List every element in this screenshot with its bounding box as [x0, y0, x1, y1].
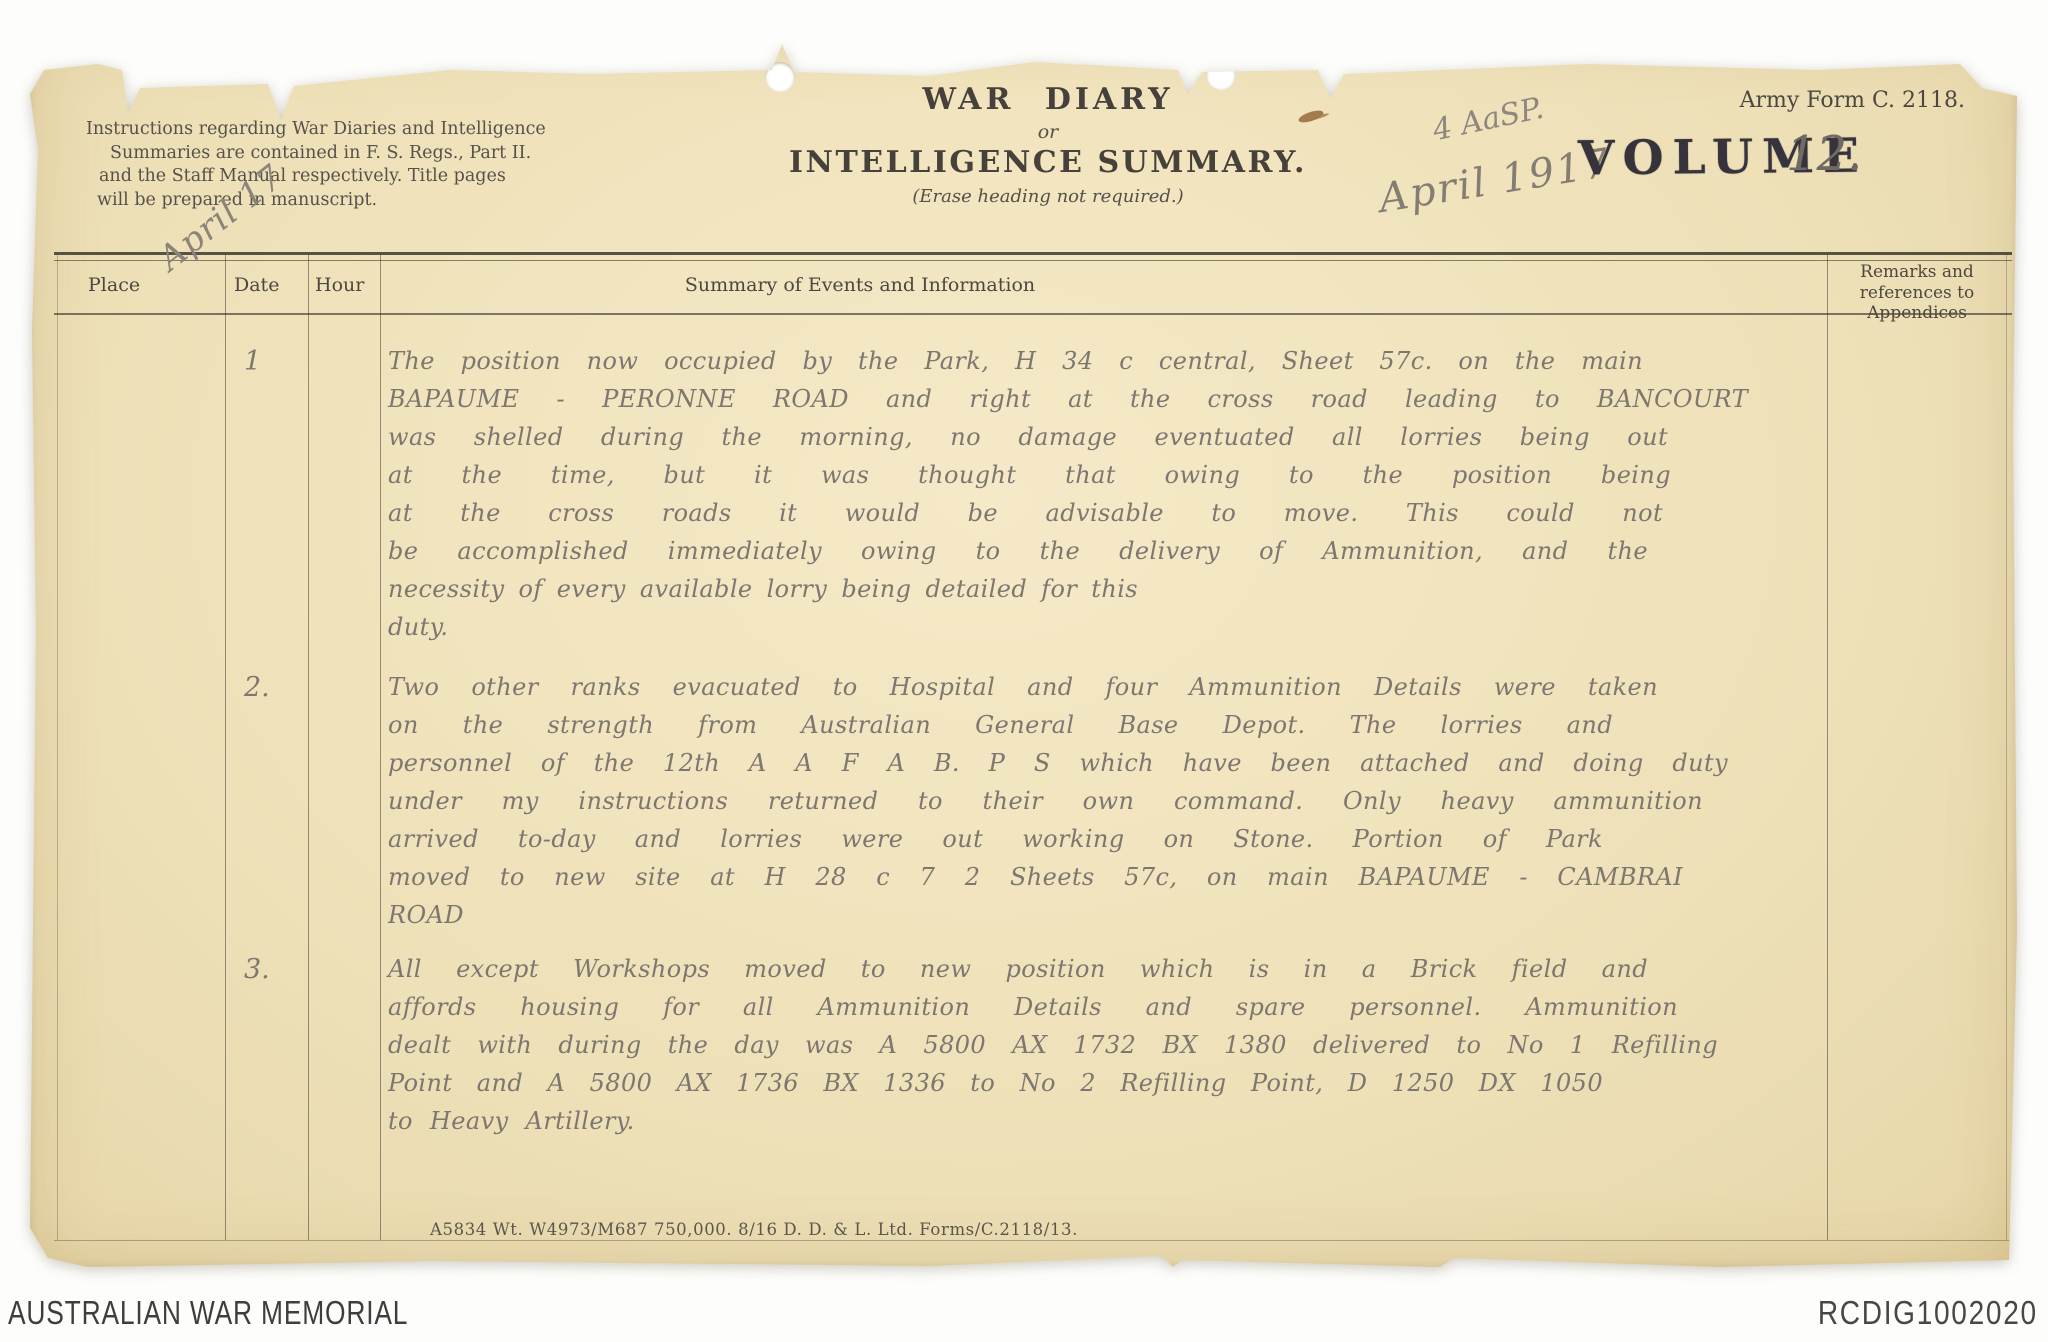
archive-scan-view: 295 Instructions regarding War Diaries a…: [0, 0, 2048, 1342]
war-diary-page: 295 Instructions regarding War Diaries a…: [30, 30, 2017, 1267]
diary-line: ROAD: [388, 896, 1828, 934]
entry-number: 3.: [244, 954, 270, 985]
archive-source-label: AUSTRALIAN WAR MEMORIAL: [8, 1294, 408, 1332]
diary-line: necessity of every available lorry being…: [388, 570, 1138, 646]
diary-line: to Heavy Artillery.: [388, 1102, 1828, 1140]
entry-number: 2.: [244, 672, 270, 703]
diary-line: Two other ranks evacuated to Hospital an…: [388, 668, 1658, 706]
diary-line: BAPAUME - PERONNE ROAD and right at the …: [388, 380, 1748, 418]
entry-text-block: The position now occupied by the Park, H…: [388, 342, 1828, 646]
diary-entries: 1The position now occupied by the Park, …: [30, 30, 2017, 1267]
diary-line: be accomplished immediately owing to the…: [388, 532, 1648, 570]
printer-imprint: A5834 Wt. W4973/M687 750,000. 8/16 D. D.…: [430, 1220, 1078, 1239]
paper-sheet: 295 Instructions regarding War Diaries a…: [30, 30, 2017, 1267]
diary-line: at the cross roads it would be advisable…: [388, 494, 1663, 532]
archive-record-id: RCDIG1002020: [1818, 1294, 2038, 1332]
diary-line: affords housing for all Ammunition Detai…: [388, 988, 1678, 1026]
diary-line: personnel of the 12th A A F A B. P S whi…: [388, 744, 1728, 782]
diary-line: at the time, but it was thought that owi…: [388, 456, 1671, 494]
diary-line: dealt with during the day was A 5800 AX …: [388, 1026, 1718, 1064]
diary-line: Point and A 5800 AX 1736 BX 1336 to No 2…: [388, 1064, 1603, 1102]
diary-line: All except Workshops moved to new positi…: [388, 950, 1648, 988]
diary-line: under my instructions returned to their …: [388, 782, 1703, 820]
entry-number: 1: [244, 346, 261, 377]
diary-line: arrived to-day and lorries were out work…: [388, 820, 1603, 858]
diary-line: was shelled during the morning, no damag…: [388, 418, 1668, 456]
entry-text-block: Two other ranks evacuated to Hospital an…: [388, 668, 1828, 934]
diary-line: moved to new site at H 28 c 7 2 Sheets 5…: [388, 858, 1683, 896]
entry-text-block: All except Workshops moved to new positi…: [388, 950, 1828, 1140]
diary-line: The position now occupied by the Park, H…: [388, 342, 1643, 380]
diary-line: on the strength from Australian General …: [388, 706, 1613, 744]
